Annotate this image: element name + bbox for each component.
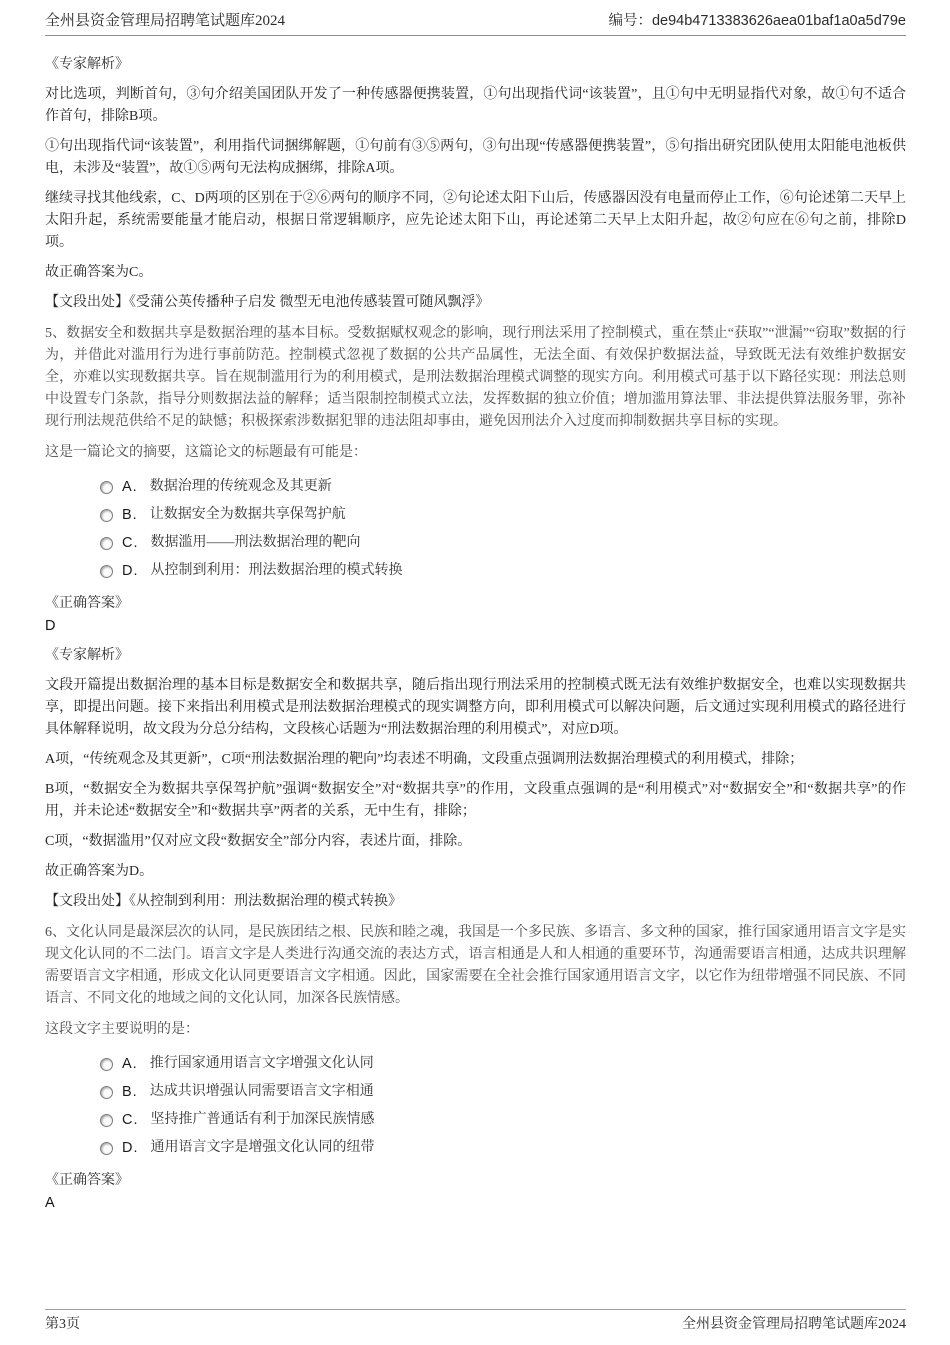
question6-answer-block: 《正确答案》 A [45,1170,906,1214]
question6-options: A. 推行国家通用语言文字增强文化认同 B. 达成共识增强认同需要语言文字相通 … [45,1050,906,1162]
source-line: 【文段出处】《受蒲公英传播种子启发 微型无电池传感装置可随风飘浮》 [45,292,906,314]
radio-button[interactable] [100,481,113,494]
option-text: 通用语言文字是增强文化认同的纽带 [151,1137,375,1159]
doc-title: 全州县资金管理局招聘笔试题库2024 [45,12,285,30]
option-row-c[interactable]: C. 坚持推广普通话有利于加深民族情感 [45,1106,906,1134]
radio-button[interactable] [100,565,113,578]
radio-button[interactable] [100,1058,113,1071]
analysis-paragraph: 继续寻找其他线索，C、D两项的区别在于②⑥两句的顺序不同，②句论述太阳下山后，传… [45,188,906,254]
page-header: 全州县资金管理局招聘笔试题库2024 编号：de94b4713383626aea… [45,12,906,36]
analysis-paragraph: ①句出现指代词“该装置”，利用指代词捆绑解题，①句前有③⑤两句，③句出现“传感器… [45,136,906,180]
option-row-b[interactable]: B. 让数据安全为数据共享保驾护航 [45,501,906,529]
option-row-d[interactable]: D. 通用语言文字是增强文化认同的纽带 [45,1134,906,1162]
option-text: 数据治理的传统观念及其更新 [150,476,332,498]
option-label: B. [122,504,138,526]
analysis-paragraph: B项，“数据安全为数据共享保驾护航”强调“数据安全”对“数据共享”的作用，文段重… [45,779,906,823]
analysis-paragraph: 文段开篇提出数据治理的基本目标是数据安全和数据共享，随后指出现行刑法采用的控制模… [45,675,906,741]
answer-value: A [45,1192,906,1214]
option-text: 坚持推广普通话有利于加深民族情感 [151,1109,375,1131]
answer-heading: 《正确答案》 [45,1170,906,1192]
radio-button[interactable] [100,1086,113,1099]
option-label: A. [122,476,138,498]
question5-answer-block: 《正确答案》 D [45,593,906,637]
option-text: 数据滥用——刑法数据治理的靶向 [151,532,361,554]
doc-number: 编号：de94b4713383626aea01baf1a0a5d79e [608,12,906,30]
question5-options: A. 数据治理的传统观念及其更新 B. 让数据安全为数据共享保驾护航 C. 数据… [45,473,906,585]
document-page: 全州县资金管理局招聘笔试题库2024 编号：de94b4713383626aea… [0,0,950,1345]
page-number: 第3页 [45,1316,80,1333]
option-label: C. [122,532,139,554]
option-text: 达成共识增强认同需要语言文字相通 [150,1081,374,1103]
analysis-paragraph: A项，“传统观念及其更新”，C项“刑法数据治理的靶向”均表述不明确，文段重点强调… [45,749,906,771]
option-text: 让数据安全为数据共享保驾护航 [150,504,346,526]
option-text: 从控制到利用：刑法数据治理的模式转换 [151,560,403,582]
option-row-a[interactable]: A. 推行国家通用语言文字增强文化认同 [45,1050,906,1078]
document-body: 《专家解析》 对比选项，判断首句，③句介绍美国团队开发了一种传感器便携装置，①句… [45,46,906,1220]
expert-analysis-heading: 《专家解析》 [45,645,906,667]
question5-prompt: 这是一篇论文的摘要，这篇论文的标题最有可能是： [45,442,906,464]
option-label: D. [122,560,139,582]
answer-heading: 《正确答案》 [45,593,906,615]
option-label: D. [122,1137,139,1159]
expert-analysis-heading: 《专家解析》 [45,54,906,76]
footer-title: 全州县资金管理局招聘笔试题库2024 [682,1316,906,1333]
question6-prompt: 这段文字主要说明的是： [45,1019,906,1041]
analysis-paragraph: C项，“数据滥用”仅对应文段“数据安全”部分内容，表述片面，排除。 [45,831,906,853]
radio-button[interactable] [100,1142,113,1155]
option-text: 推行国家通用语言文字增强文化认同 [150,1053,374,1075]
option-row-b[interactable]: B. 达成共识增强认同需要语言文字相通 [45,1078,906,1106]
option-row-d[interactable]: D. 从控制到利用：刑法数据治理的模式转换 [45,557,906,585]
radio-button[interactable] [100,509,113,522]
option-label: B. [122,1081,138,1103]
question5-stem: 5、数据安全和数据共享是数据治理的基本目标。受数据赋权观念的影响，现行刑法采用了… [45,323,906,433]
analysis-paragraph: 对比选项，判断首句，③句介绍美国团队开发了一种传感器便携装置，①句出现指代词“该… [45,84,906,128]
answer-value: D [45,615,906,637]
radio-button[interactable] [100,1114,113,1127]
analysis-conclusion: 故正确答案为D。 [45,861,906,883]
question6-stem: 6、文化认同是最深层次的认同，是民族团结之根、民族和睦之魂，我国是一个多民族、多… [45,922,906,1010]
page-footer: 第3页 全州县资金管理局招聘笔试题库2024 [45,1309,906,1333]
analysis-conclusion: 故正确答案为C。 [45,262,906,284]
option-label: A. [122,1053,138,1075]
option-row-a[interactable]: A. 数据治理的传统观念及其更新 [45,473,906,501]
source-line: 【文段出处】《从控制到利用：刑法数据治理的模式转换》 [45,891,906,913]
option-label: C. [122,1109,139,1131]
option-row-c[interactable]: C. 数据滥用——刑法数据治理的靶向 [45,529,906,557]
radio-button[interactable] [100,537,113,550]
